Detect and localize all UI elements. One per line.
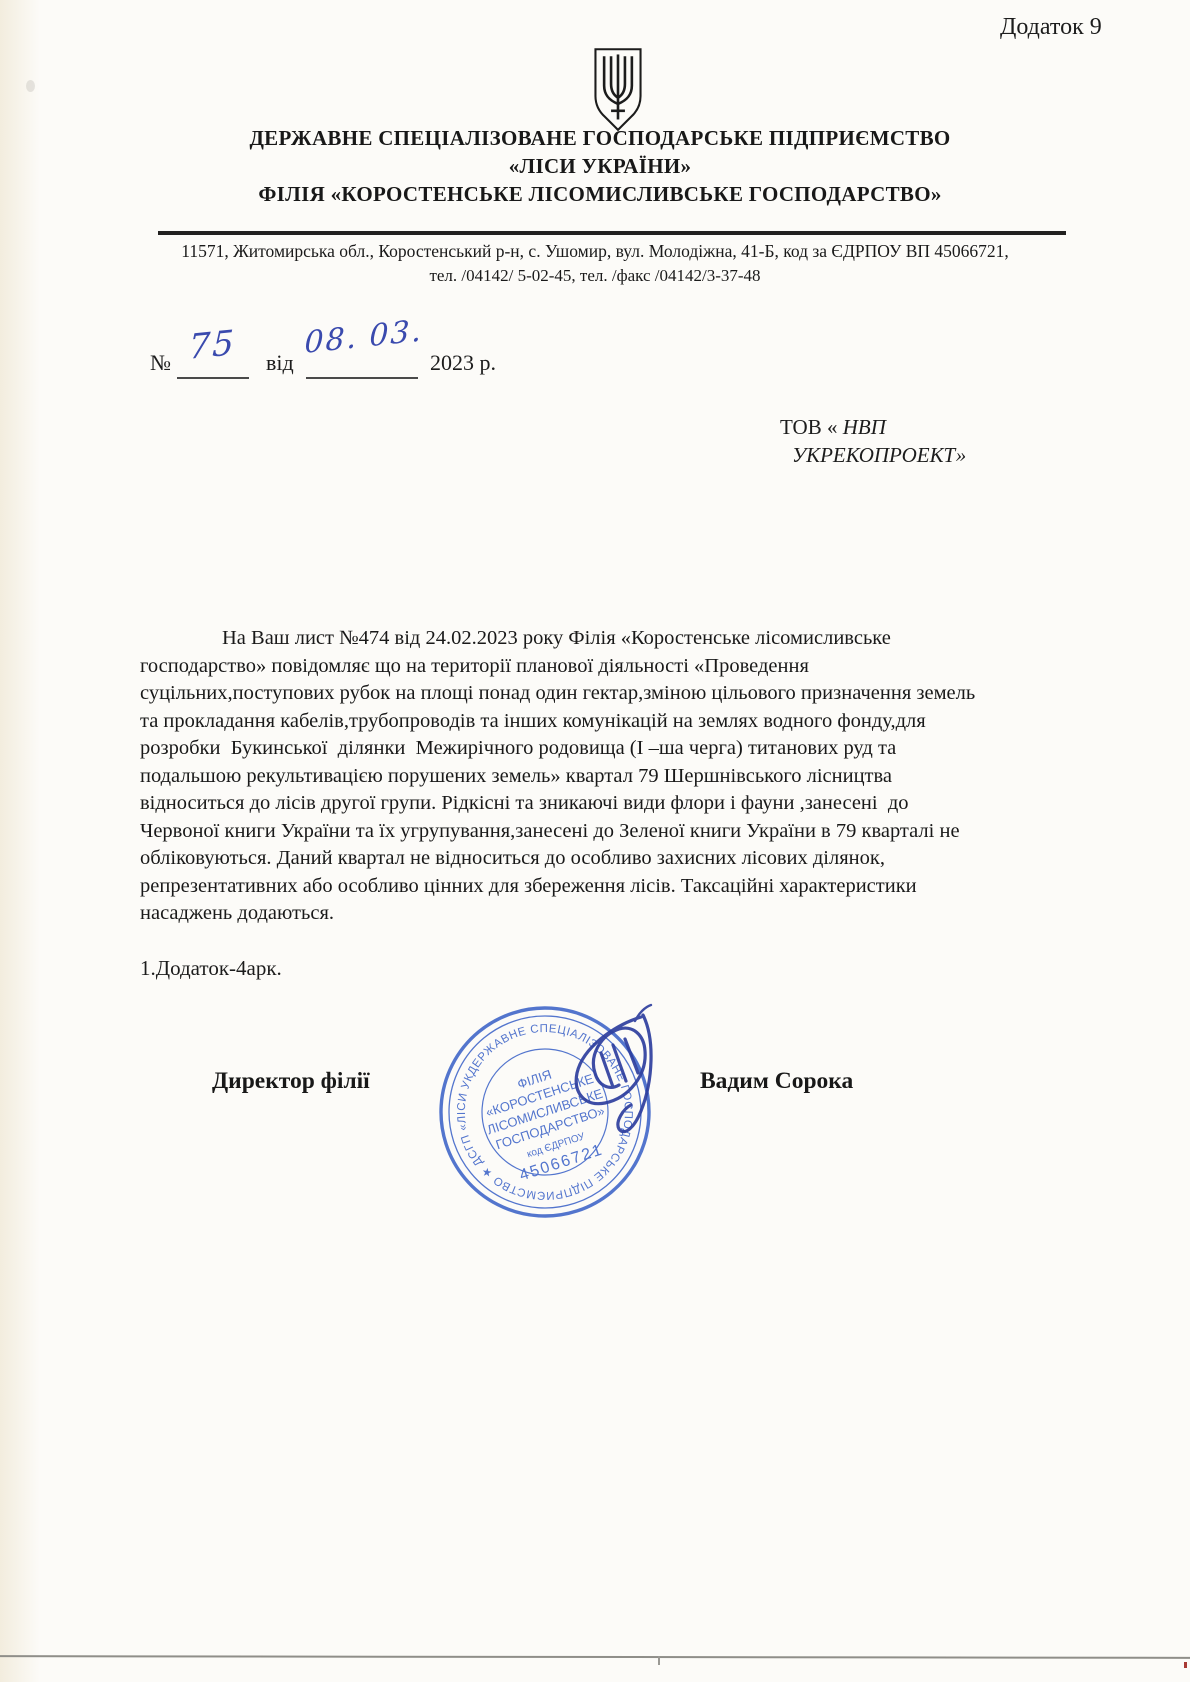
recipient-block: ТОВ « НВП УКРЕКОПРОЕКТ» [780,413,966,469]
recipient-name-part-1: НВП [843,415,886,439]
signer-name: Вадим Сорока [700,1068,853,1095]
recipient-org-type: ТОВ « [780,415,843,439]
scan-artifact-tick [658,1656,660,1665]
body-line: обліковуються. Даний квартал не відносит… [140,845,1080,873]
body-line: господарство» повідомляє що на території… [140,653,1080,681]
org-name-line-3: ФІЛІЯ «КОРОСТЕНСЬКЕ ЛІСОМИСЛИВСЬКЕ ГОСПО… [105,180,1095,208]
body-line: Червоної книги України та їх угрупування… [140,818,1080,846]
ref-number-underline [177,377,249,379]
body-line: розробки Букинської ділянки Межирічного … [140,735,1080,763]
attachment-note: 1.Додаток-4арк. [140,956,282,981]
ref-date-handwritten: 08. 03. [304,313,424,361]
scan-artifact-dot [1184,1662,1187,1668]
ref-number-label: № [150,350,171,376]
ref-date-underline [306,377,418,379]
recipient-line-1: ТОВ « НВП [780,413,966,441]
org-name-line-2: «ЛІСИ УКРАЇНИ» [105,152,1095,180]
signature-ink [545,995,675,1170]
body-line: суцільних,поступових рубок на площі пона… [140,680,1080,708]
body-line: подальшою рекультивацією порушених земел… [140,763,1080,791]
ukraine-trident-emblem-icon [592,46,644,134]
letterhead-rule [158,231,1066,235]
body-line: На Ваш лист №474 від 24.02.2023 року Філ… [140,625,1080,653]
scan-artifact-smudge [26,80,35,92]
ref-year: 2023 р. [430,350,496,376]
phone-line: тел. /04142/ 5-02-45, тел. /факс /04142/… [130,266,1060,286]
annex-label: Додаток 9 [1000,14,1102,41]
org-name-line-1: ДЕРЖАВНЕ СПЕЦІАЛІЗОВАНЕ ГОСПОДАРСЬКЕ ПІД… [105,124,1095,152]
body-line: насаджень додаються. [140,900,1080,928]
address-line: 11571, Житомирська обл., Коростенський р… [130,241,1060,262]
letterhead-org-name: ДЕРЖАВНЕ СПЕЦІАЛІЗОВАНЕ ГОСПОДАРСЬКЕ ПІД… [105,124,1095,208]
body-line: та прокладання кабелів,трубопроводів та … [140,708,1080,736]
body-line: репрезентативних або особливо цінних для… [140,873,1080,901]
signer-title: Директор філії [212,1068,370,1095]
recipient-line-2: УКРЕКОПРОЕКТ» [780,441,966,469]
body-paragraph: На Ваш лист №474 від 24.02.2023 року Філ… [140,625,1080,928]
scanned-letter-page: Додаток 9 ДЕРЖАВНЕ СПЕЦІАЛІЗОВАНЕ ГОСПОД… [0,0,1190,1682]
body-line: відноситься до лісів другої групи. Рідкі… [140,790,1080,818]
scan-bottom-edge [0,1655,1190,1659]
ref-number-handwritten: 75 [188,323,236,368]
ref-date-label: від [266,350,294,376]
